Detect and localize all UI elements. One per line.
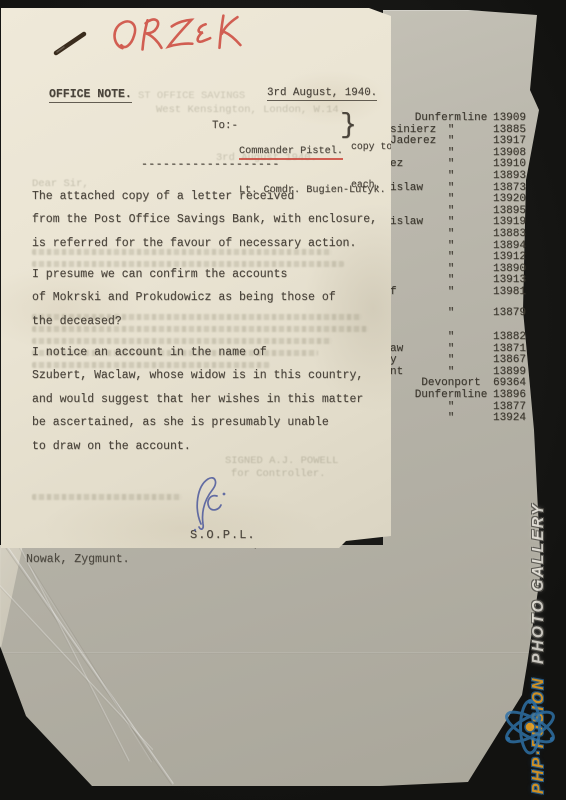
ledger-name-fragment bbox=[390, 113, 414, 125]
paragraph-line: and would suggest that her wishes in thi… bbox=[32, 388, 390, 411]
paragraph-line: is referred for the favour of necessary … bbox=[32, 232, 390, 255]
ledger-account-number: 13879 bbox=[488, 308, 526, 320]
ledger-place: " bbox=[414, 287, 488, 299]
ledger-row: " 13883 bbox=[390, 229, 526, 241]
document-scan: { "handwriting": { "title": "ORZEŁ" }, "… bbox=[0, 0, 566, 800]
ledger-place: " bbox=[414, 308, 488, 320]
ledger-account-number: 13893 bbox=[488, 171, 526, 183]
ledger-account-number: 13924 bbox=[488, 413, 526, 425]
ledger-account-number: 13981 bbox=[488, 287, 526, 299]
ledger-name-fragment: ez bbox=[390, 159, 414, 171]
fold-crease bbox=[0, 538, 174, 785]
paragraph-line: the deceased? bbox=[32, 310, 390, 333]
ledger-name-fragment bbox=[390, 171, 414, 183]
ledger-place: Dunfermline bbox=[414, 390, 488, 402]
ledger-row: " 13912 bbox=[390, 252, 526, 264]
bleed-through-smudge bbox=[32, 494, 182, 500]
pin-mark-icon bbox=[50, 28, 90, 58]
paragraph-line: The attached copy of a letter received bbox=[32, 185, 390, 208]
ledger-name-fragment bbox=[390, 264, 414, 276]
ledger-name-fragment bbox=[390, 194, 414, 206]
ledger-name-fragment: islaw bbox=[390, 217, 414, 229]
ledger-name-fragment bbox=[390, 241, 414, 253]
fold-crease bbox=[24, 558, 153, 763]
note-date: 3rd August, 1940. bbox=[267, 87, 377, 99]
ledger-place: " bbox=[414, 171, 488, 183]
ledger-name-fragment: Jaderez bbox=[390, 136, 414, 148]
ledger-row: Dunfermline 13896 bbox=[390, 390, 526, 402]
divider-dashes: ------------------- bbox=[141, 158, 280, 171]
copy-note-line: copy to bbox=[351, 141, 391, 154]
ledger-account-number: 13920 bbox=[488, 194, 526, 206]
ledger-row: " 13879 bbox=[390, 308, 526, 320]
signature-flourish bbox=[179, 474, 239, 532]
to-label: To:- bbox=[212, 120, 238, 132]
paragraph-line: be ascertained, as she is presumably una… bbox=[32, 411, 390, 434]
paragraph-line: of Mokrski and Prokudowicz as being thos… bbox=[32, 286, 390, 309]
note-paragraph-1: The attached copy of a letter receivedfr… bbox=[32, 185, 390, 255]
ledger-account-number: 13882 bbox=[488, 332, 526, 344]
ledger-name-fragment bbox=[390, 378, 414, 390]
paragraph-line: I presume we can confirm the accounts bbox=[32, 263, 390, 286]
ledger-name-fragment bbox=[390, 252, 414, 264]
ledger-row: " 13893 bbox=[390, 171, 526, 183]
watermark-suffix: PHOTO GALLERY bbox=[530, 503, 547, 665]
ledger-place: " bbox=[414, 332, 488, 344]
paragraph-line: to draw on the account. bbox=[32, 435, 390, 458]
ghost-address: West Kensington, London, W.14. bbox=[156, 104, 345, 116]
ledger-place: Dunfermline bbox=[414, 113, 488, 125]
ledger-name-fragment bbox=[390, 229, 414, 241]
ledger-name-fragment bbox=[390, 390, 414, 402]
paragraph-line: I notice an account in the name of bbox=[32, 341, 390, 364]
paragraph-line: Szubert, Waclaw, whose widow is in this … bbox=[32, 364, 390, 387]
ledger-name-fragment: f bbox=[390, 287, 414, 299]
fold-crease bbox=[0, 652, 545, 654]
ledger-name-fragment: nt bbox=[390, 367, 414, 379]
office-note-heading: OFFICE NOTE. bbox=[49, 88, 132, 101]
atom-logo-icon bbox=[497, 690, 563, 764]
handwritten-title: ORZEŁ bbox=[100, 4, 270, 64]
note-paragraph-3: I notice an account in the name ofSzuber… bbox=[32, 341, 390, 458]
ledger-place: " bbox=[414, 252, 488, 264]
ledger-place: " bbox=[414, 229, 488, 241]
ledger-place: " bbox=[414, 413, 488, 425]
ledger-name-fragment bbox=[390, 332, 414, 344]
ledger-account-number: 13896 bbox=[488, 390, 526, 402]
bottom-name: Nowak, Zygmunt. bbox=[26, 553, 130, 566]
ghost-controller-line: for Controller. bbox=[231, 468, 326, 480]
ledger-place: " bbox=[414, 194, 488, 206]
ledger-name-fragment bbox=[390, 308, 414, 320]
ledger-row: f " 13981 bbox=[390, 287, 526, 299]
savings-ledger: Dunfermline 13909 sinierz " 13885 Jadere… bbox=[390, 113, 526, 425]
ledger-name-fragment bbox=[390, 402, 414, 414]
ledger-account-number: 13912 bbox=[488, 252, 526, 264]
pinned-note: OFFICE NOTE. 3rd August, 1940. ST OFFICE… bbox=[1, 8, 391, 548]
ledger-account-number: 13883 bbox=[488, 229, 526, 241]
note-paragraph-2: I presume we can confirm the accountsof … bbox=[32, 263, 390, 333]
ledger-row: Dunfermline 13909 bbox=[390, 113, 526, 125]
ledger-account-number: 13909 bbox=[488, 113, 526, 125]
ledger-name-fragment bbox=[390, 413, 414, 425]
paragraph-line: from the Post Office Savings Bank, with … bbox=[32, 208, 390, 231]
ledger-row: " 13882 bbox=[390, 332, 526, 344]
ledger-name-fragment: islaw bbox=[390, 183, 414, 195]
ghost-heading-echo: ST OFFICE SAVINGS bbox=[138, 90, 245, 102]
ledger-row: " 13920 bbox=[390, 194, 526, 206]
ledger-row: " 13924 bbox=[390, 413, 526, 425]
